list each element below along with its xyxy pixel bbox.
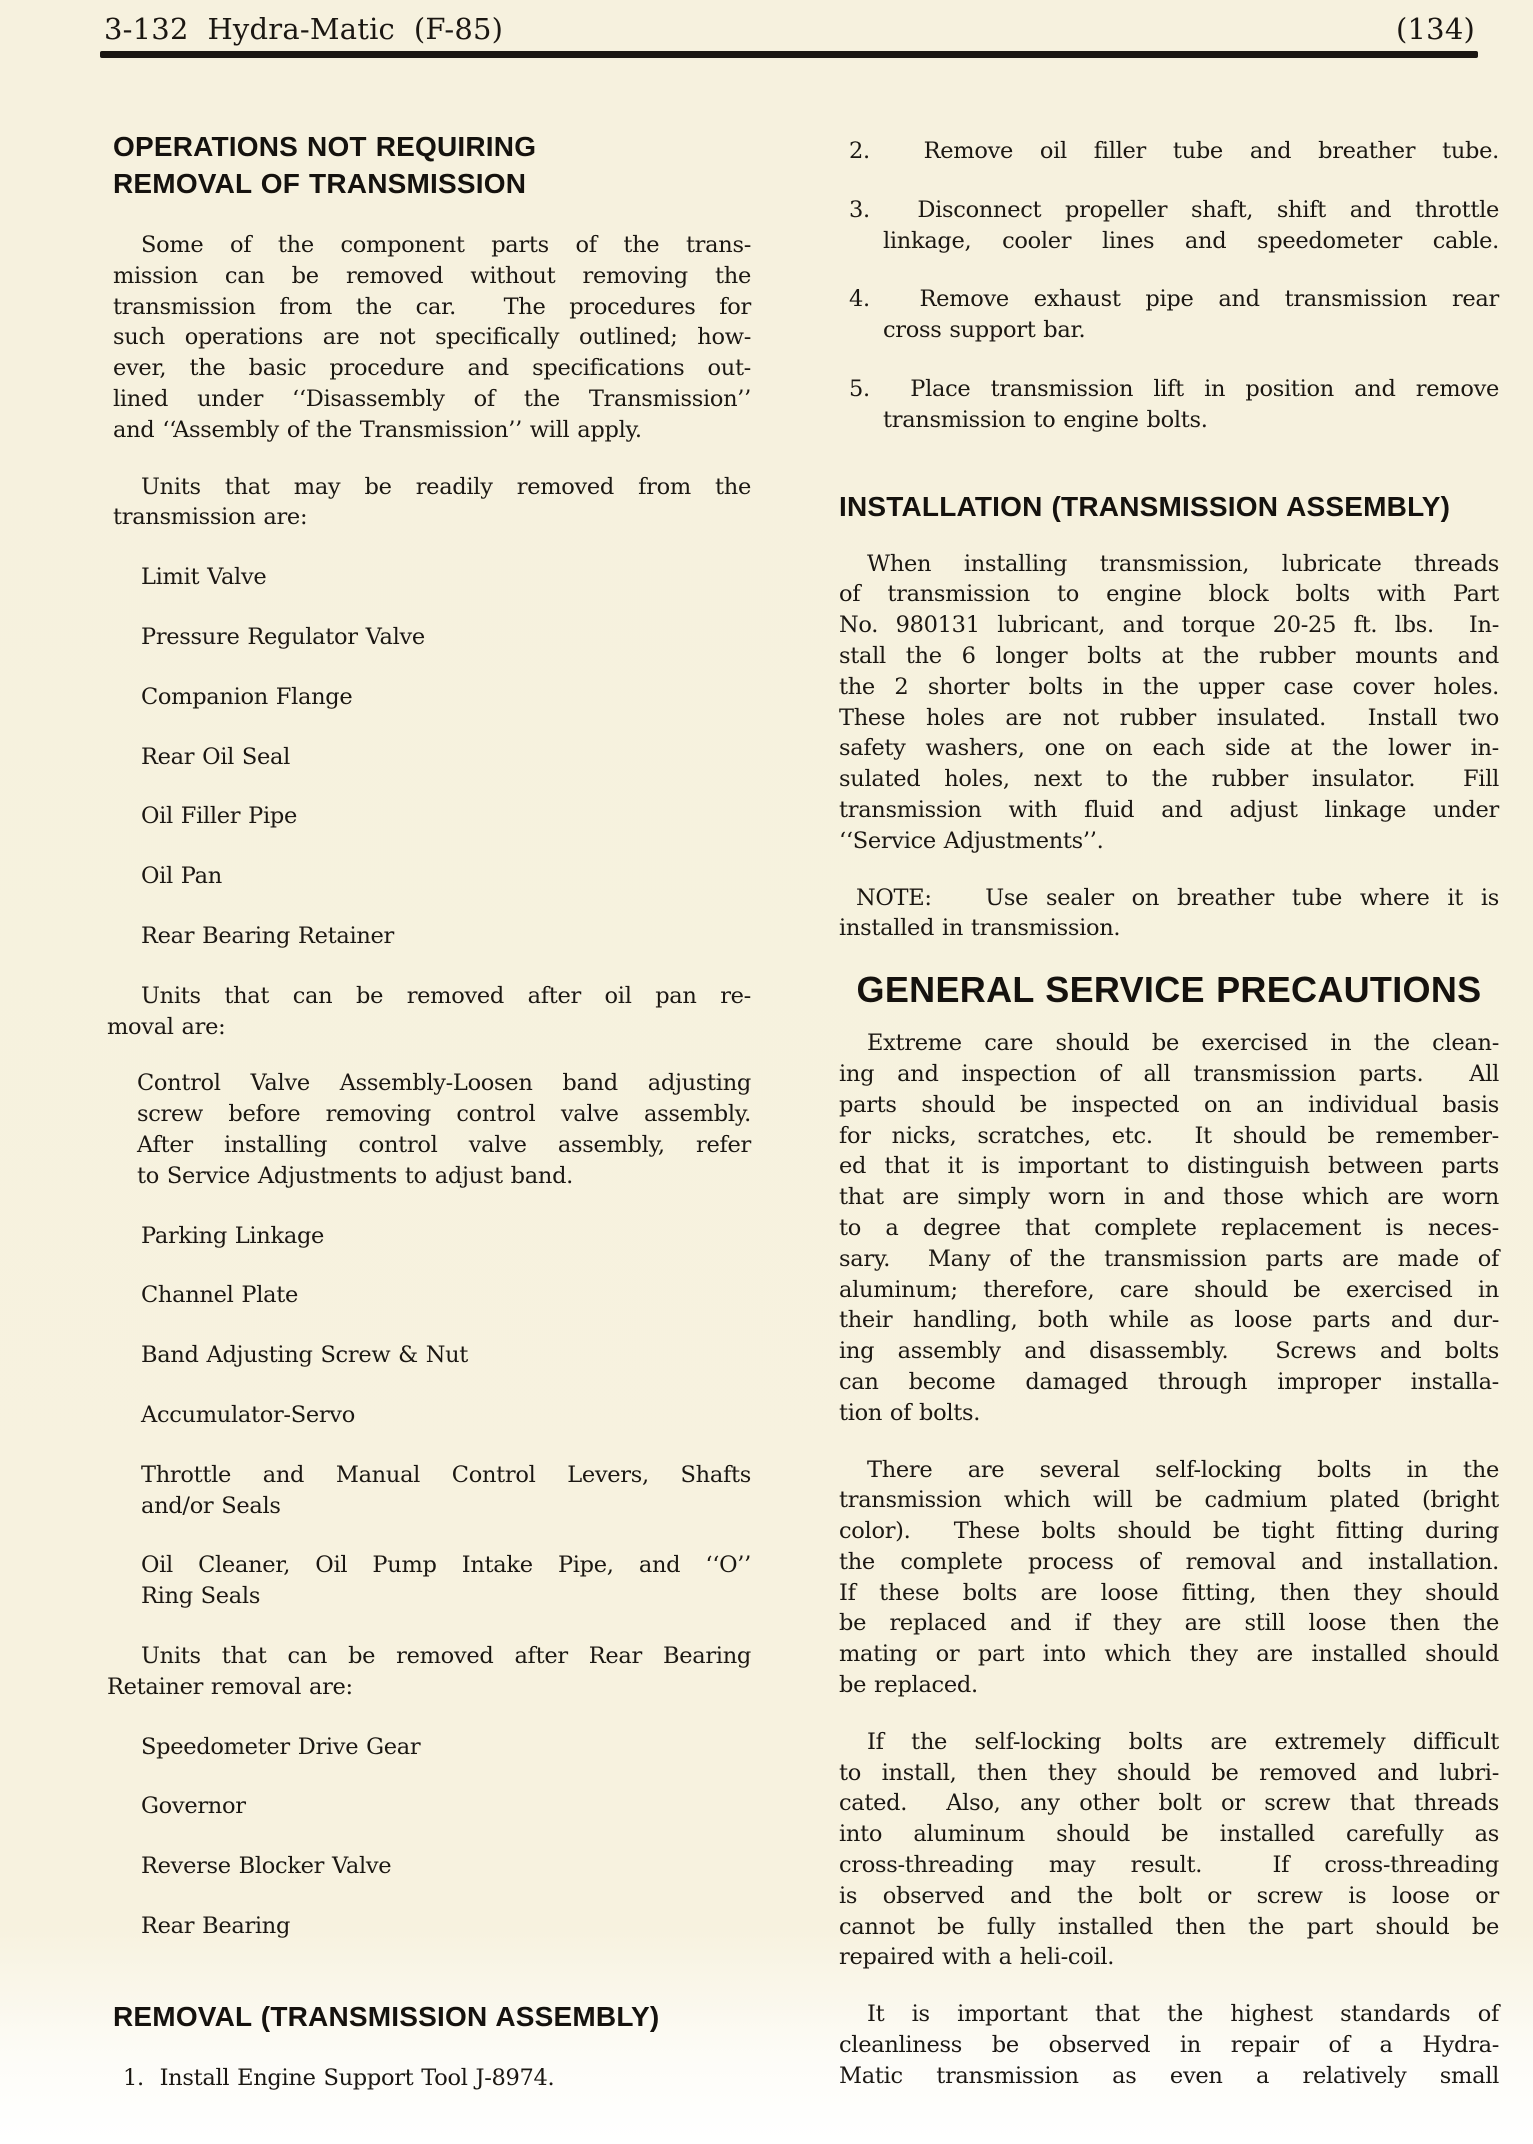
content-columns: OPERATIONS NOT REQUIRINGREMOVAL OF TRANS… [0,58,1533,2121]
part-item: Oil Cleaner, Oil Pump Intake Pipe, and ‘… [141,1550,751,1612]
self-locking-paragraph: There are several self-locking bolts in … [839,1455,1499,1701]
oil-pan-list: Parking Linkage Channel Plate Band Adjus… [113,1221,751,1612]
part-item: Reverse Blocker Valve [141,1851,751,1882]
removal-heading: REMOVAL (TRANSMISSION ASSEMBLY) [113,1998,751,2035]
left-column: OPERATIONS NOT REQUIRINGREMOVAL OF TRANS… [113,128,751,2121]
removal-step-5: 5. Place transmission lift in position a… [839,374,1499,436]
header-rule [100,51,1478,58]
oil-pan-intro: Units that can be removed after oil pan … [107,981,751,1043]
page-header: 3-132 Hydra-Matic (F-85) (134) [0,0,1533,46]
part-item: Pressure Regulator Valve [141,622,751,653]
header-doc-ref: 3-132 Hydra-Matic (F-85) [104,12,503,46]
header-page-number: (134) [1396,12,1475,46]
part-item: Companion Flange [141,682,751,713]
readily-removed-intro: Units that may be readily removed from t… [113,472,751,534]
part-item: Rear Oil Seal [141,742,751,773]
removal-step-3: 3. Disconnect propeller shaft, shift and… [839,195,1499,257]
precautions-paragraph: Extreme care should be exercised in the … [839,1028,1499,1428]
rear-bearing-list: Speedometer Drive Gear Governor Reverse … [113,1732,751,1942]
installation-heading: INSTALLATION (TRANSMISSION ASSEMBLY) [839,488,1499,525]
rear-bearing-intro: Units that can be removed after Rear Bea… [107,1641,751,1703]
readily-removed-list: Limit Valve Pressure Regulator Valve Com… [113,562,751,952]
part-item: Oil Filler Pipe [141,801,751,832]
part-item: Oil Pan [141,861,751,892]
manual-page: 3-132 Hydra-Matic (F-85) (134) OPERATION… [0,0,1533,2144]
part-item: Channel Plate [141,1280,751,1311]
removal-step-1: 1. Install Engine Support Tool J-8974. [113,2063,751,2094]
removal-step-2: 2. Remove oil filler tube and breather t… [839,136,1499,167]
part-item: Rear Bearing [141,1911,751,1942]
intro-paragraph: Some of the component parts of the trans… [113,230,751,446]
operations-heading: OPERATIONS NOT REQUIRINGREMOVAL OF TRANS… [113,128,751,202]
control-valve-item: Control Valve Assembly-Loosen band adjus… [137,1068,751,1191]
part-item: Band Adjusting Screw & Nut [141,1340,751,1371]
cleanliness-paragraph: It is important that the highest standar… [839,1999,1499,2091]
general-precautions-heading: GENERAL SERVICE PRECAUTIONS [839,968,1499,1012]
part-item: Rear Bearing Retainer [141,921,751,952]
part-item: Throttle and Manual Control Levers, Shaf… [141,1460,751,1522]
removal-step-4: 4. Remove exhaust pipe and transmission … [839,284,1499,346]
part-item: Accumulator-Servo [141,1400,751,1431]
part-item: Parking Linkage [141,1221,751,1252]
difficult-bolts-paragraph: If the self-locking bolts are extremely … [839,1727,1499,1973]
part-item: Limit Valve [141,562,751,593]
installation-paragraph: When installing transmission, lubricate … [839,549,1499,857]
part-item: Speedometer Drive Gear [141,1732,751,1763]
part-item: Governor [141,1791,751,1822]
note-paragraph: NOTE: Use sealer on breather tube where … [839,883,1499,945]
right-column: 2. Remove oil filler tube and breather t… [839,128,1499,2121]
